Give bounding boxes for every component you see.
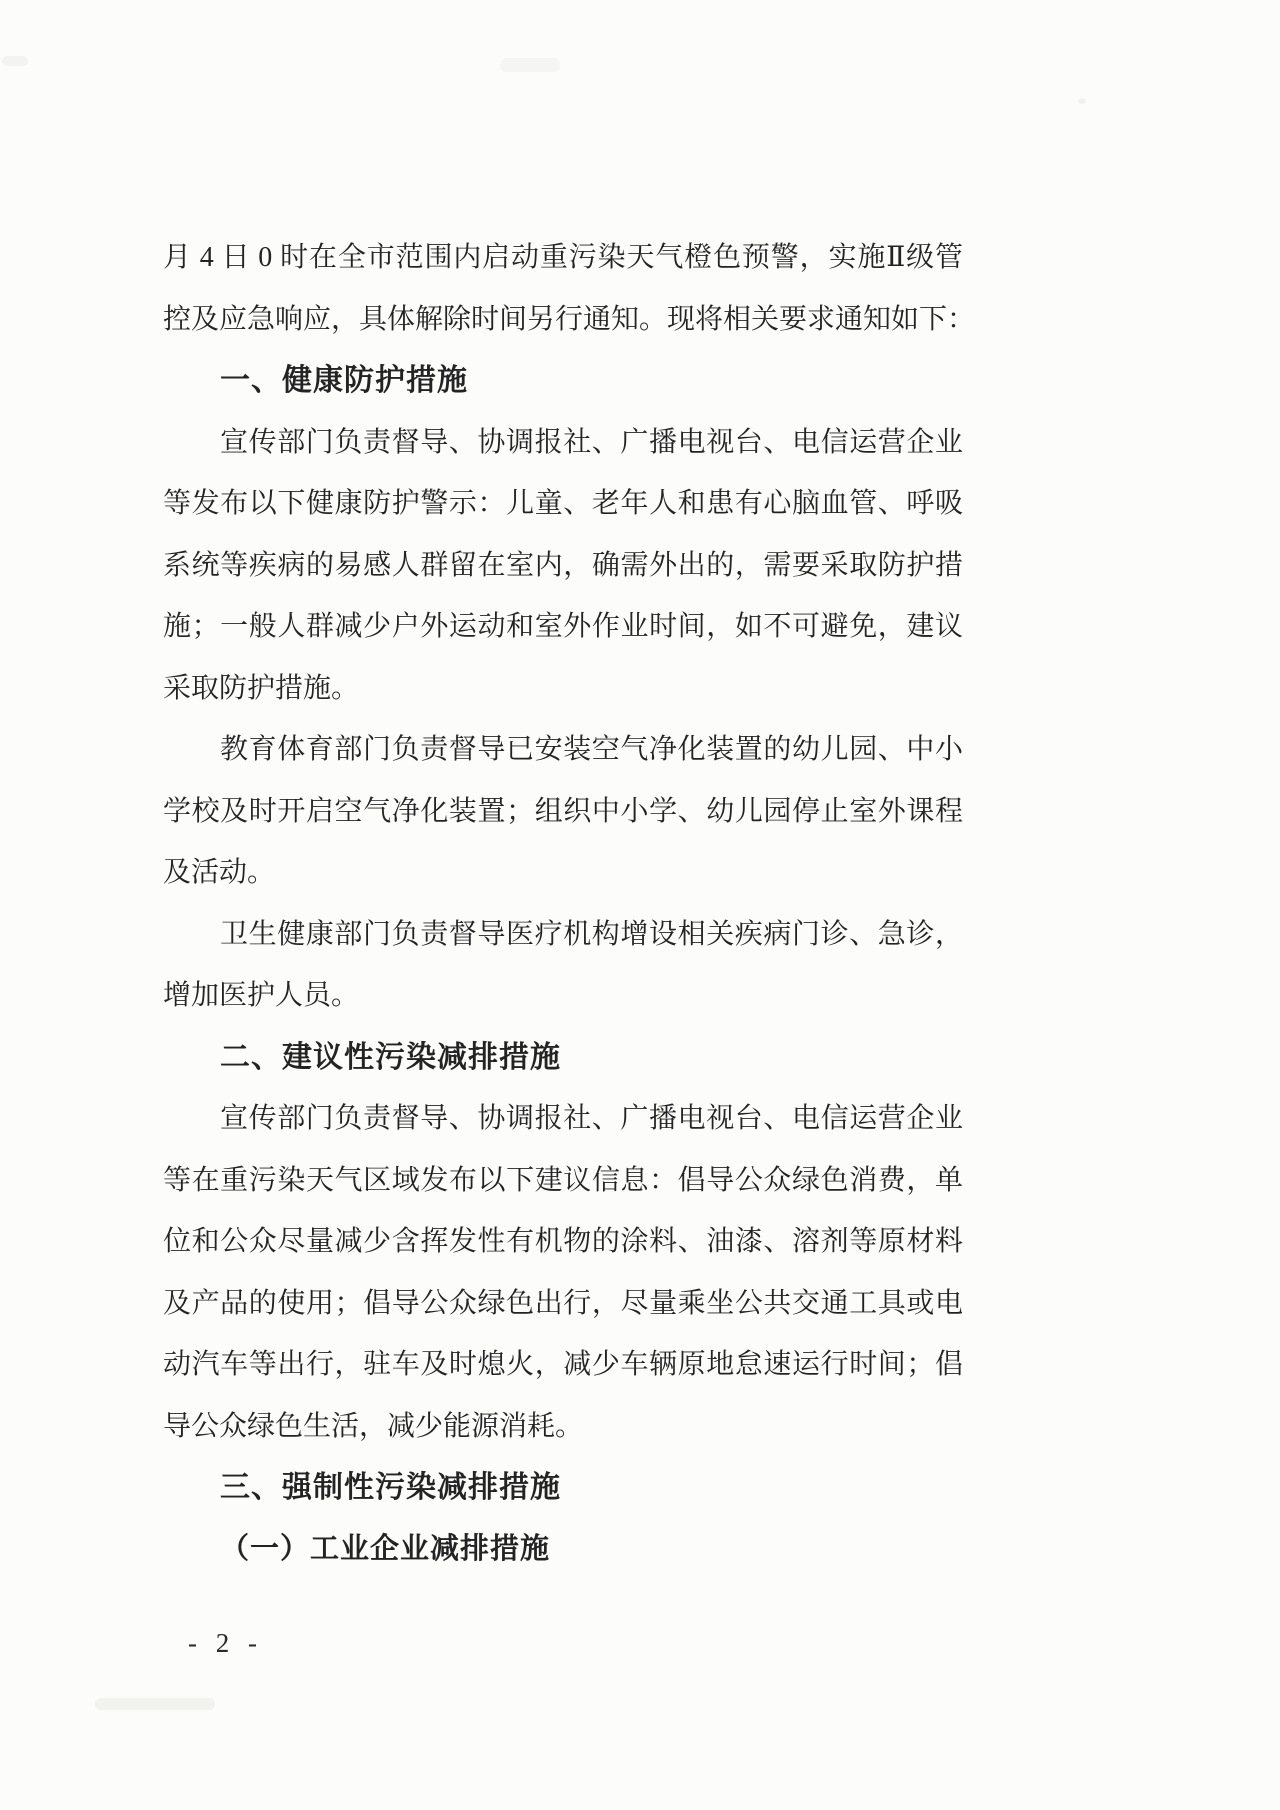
text-line: 教育体育部门负责督导已安装空气净化装置的幼儿园、中小 [163, 719, 963, 781]
scan-artifact [95, 1698, 215, 1710]
section-heading: 一、健康防护措施 [163, 350, 963, 412]
section-heading: 二、建议性污染减排措施 [163, 1027, 963, 1089]
page-number: - 2 - [188, 1628, 263, 1659]
text-line: 宣传部门负责督导、协调报社、广播电视台、电信运营企业 [163, 412, 963, 474]
text-line: 及产品的使用；倡导公众绿色出行，尽量乘坐公共交通工具或电 [163, 1273, 963, 1335]
document-body: 月 4 日 0 时在全市范围内启动重污染天气橙色预警，实施Ⅱ级管控及应急响应，具… [163, 227, 963, 1580]
scan-artifact [1078, 98, 1086, 104]
text-line: 卫生健康部门负责督导医疗机构增设相关疾病门诊、急诊， [163, 904, 963, 966]
document-page: 月 4 日 0 时在全市范围内启动重污染天气橙色预警，实施Ⅱ级管控及应急响应，具… [0, 0, 1280, 1810]
subsection-heading: （一）工业企业减排措施 [163, 1519, 963, 1581]
text-line: 宣传部门负责督导、协调报社、广播电视台、电信运营企业 [163, 1088, 963, 1150]
text-line: 施；一般人群减少户外运动和室外作业时间，如不可避免，建议 [163, 596, 963, 658]
text-line: 增加医护人员。 [163, 965, 963, 1027]
text-line: 月 4 日 0 时在全市范围内启动重污染天气橙色预警，实施Ⅱ级管 [163, 227, 963, 289]
text-line: 导公众绿色生活，减少能源消耗。 [163, 1396, 963, 1458]
text-line: 学校及时开启空气净化装置；组织中小学、幼儿园停止室外课程 [163, 781, 963, 843]
text-line: 采取防护措施。 [163, 658, 963, 720]
section-heading: 三、强制性污染减排措施 [163, 1457, 963, 1519]
scan-artifact [500, 58, 560, 72]
text-line: 等发布以下健康防护警示：儿童、老年人和患有心脑血管、呼吸 [163, 473, 963, 535]
text-line: 系统等疾病的易感人群留在室内，确需外出的，需要采取防护措 [163, 535, 963, 597]
scan-artifact [2, 56, 28, 66]
text-line: 等在重污染天气区域发布以下建议信息：倡导公众绿色消费，单 [163, 1150, 963, 1212]
text-line: 控及应急响应，具体解除时间另行通知。现将相关要求通知如下： [163, 289, 963, 351]
text-line: 动汽车等出行，驻车及时熄火，减少车辆原地怠速运行时间；倡 [163, 1334, 963, 1396]
text-line: 位和公众尽量减少含挥发性有机物的涂料、油漆、溶剂等原材料 [163, 1211, 963, 1273]
text-line: 及活动。 [163, 842, 963, 904]
